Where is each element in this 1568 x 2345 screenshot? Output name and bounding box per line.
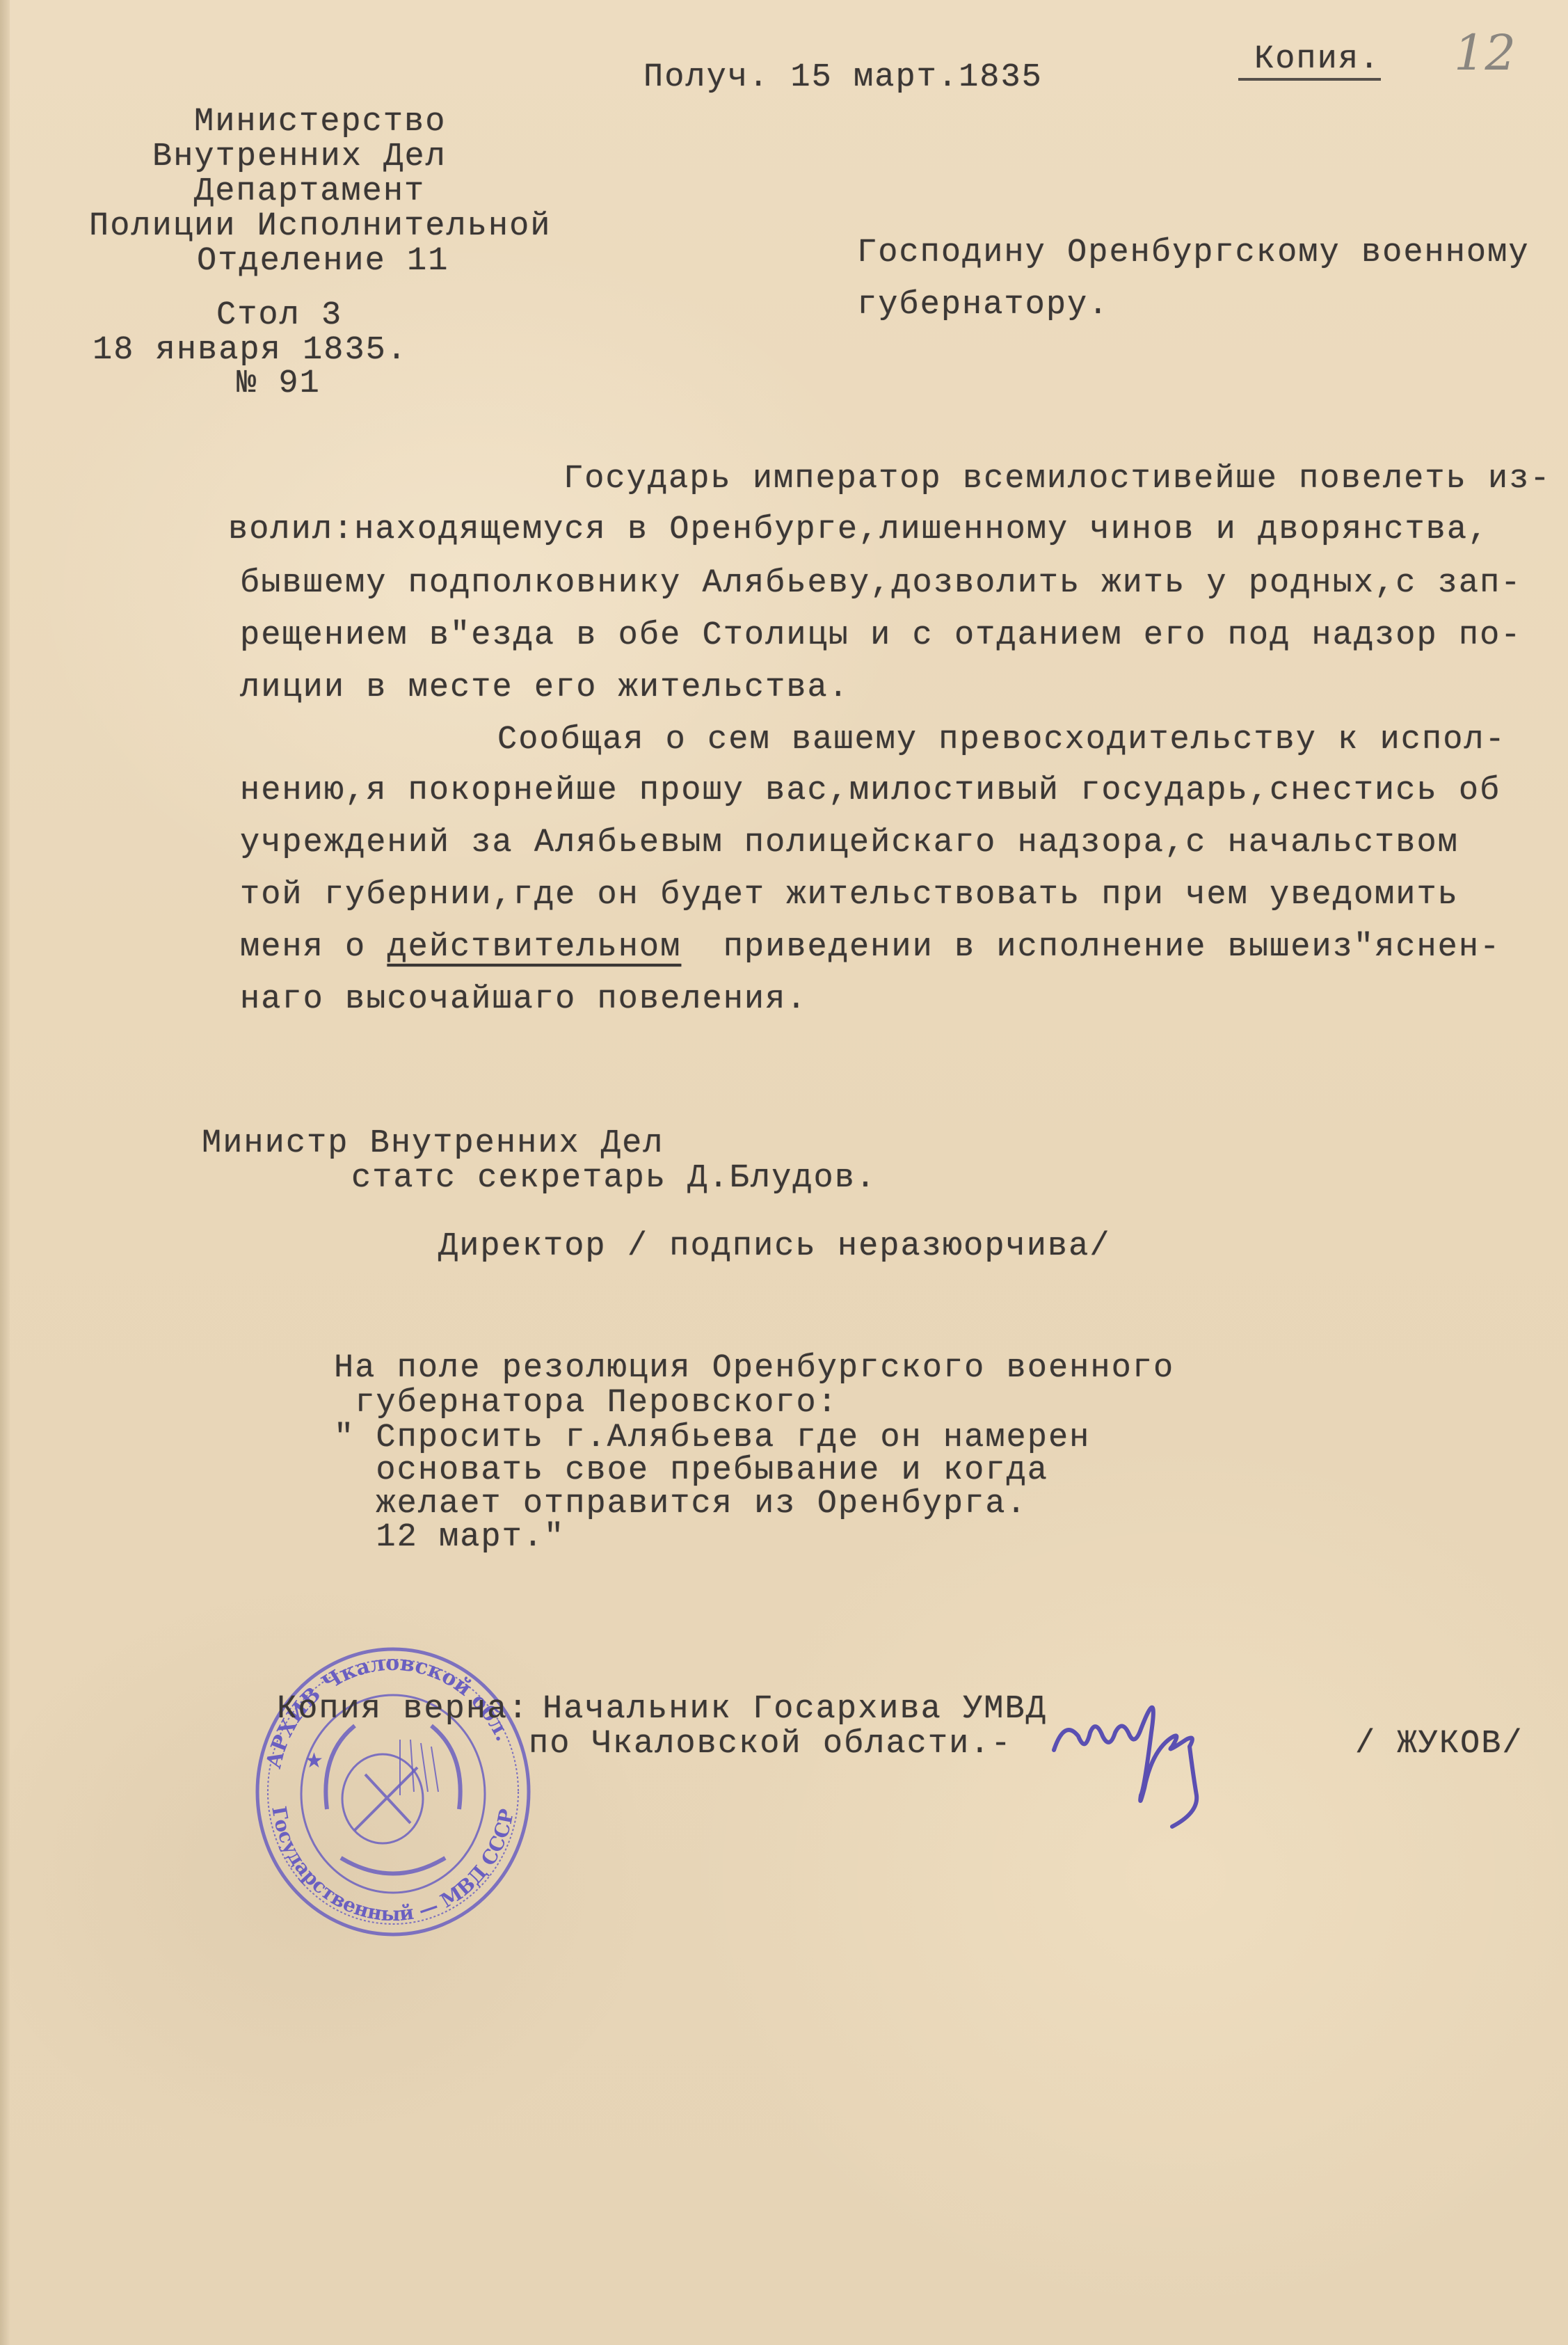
resolution-line: 12 март." [334,1521,565,1554]
body-line: той губернии,где он будет жительствовать… [240,879,1459,912]
sender-line: Министерство [194,106,446,138]
addressee-line: Господину Оренбургскому военному [857,237,1530,269]
resolution-line: " Спросить г.Алябьева где он намерен [334,1422,1090,1454]
underlined-word: действительном [387,929,681,966]
copy-verified-label: Копия верна: [277,1693,529,1726]
minister-name: статс секретарь Д.Блудов. [351,1162,877,1195]
page-edge [0,0,10,2345]
certifier-name: / ЖУКОВ/ [1355,1728,1523,1760]
handwritten-signature-icon [1047,1691,1367,1830]
body-text: приведении в исполнение вышеиз"яснен- [681,929,1501,966]
director-signature-note: Директор / подпись неразюорчива/ [438,1230,1111,1263]
resolution-line: желает отправится из Оренбурга. [334,1488,1027,1520]
body-text: меня о [240,929,387,966]
addressee-line: губернатору. [857,289,1109,321]
certifier-title: Начальник Госархива УМВД [543,1693,1047,1726]
body-line: наго высочайшаго повеления. [240,983,808,1016]
copy-mark: Копия. [1254,43,1380,76]
body-line: нению,я покорнейше прошу вас,милостивый … [240,774,1501,807]
resolution-line: основать свое пребывание и когда [334,1454,1048,1487]
desk-number: Стол 3 [216,299,342,332]
body-line: рещением в"езда в обе Столицы и с отдани… [240,619,1521,652]
document-page: Получ. 15 март.1835 Копия. 12 Министерст… [0,0,1568,2345]
body-line: Сообщая о сем вашему превосходительству … [497,724,1506,756]
sender-line: Внутренних Дел [152,141,447,173]
archive-seal-stamp-icon: ★ АРХИВ Чкаловской обл. Государственный … [250,1635,536,1941]
certifier-region: по Чкаловской области.- [529,1728,1012,1760]
copy-mark-underline [1238,78,1381,81]
outgoing-date: 18 января 1835. [93,334,408,367]
body-line-underlined: меня о действительном приведении в испол… [240,931,1501,964]
received-note: Получ. 15 март.1835 [643,61,1043,94]
outgoing-number: № 91 [237,367,321,400]
svg-text:★: ★ [305,1749,323,1773]
resolution-line: губернатора Перовского: [334,1387,838,1420]
resolution-line: На поле резолюция Оренбургского военного [334,1352,1174,1385]
body-line: волил:находящемуся в Оренбурге,лишенному… [228,514,1489,546]
body-line: лиции в месте его жительства. [240,671,849,704]
minister-title: Министр Внутренних Дел [202,1127,664,1160]
page-number-handwritten: 12 [1454,24,1516,81]
sender-line: Департамент [194,175,425,208]
sender-line: Отделение 11 [197,245,449,278]
sender-line: Полиции Исполнительной [89,210,552,243]
body-line: Государь император всемилостивейше повел… [563,463,1551,495]
body-line: бывшему подполковнику Алябьеву,дозволить… [240,567,1521,600]
body-line: учреждений за Алябьевым полицейскаго над… [240,827,1459,859]
